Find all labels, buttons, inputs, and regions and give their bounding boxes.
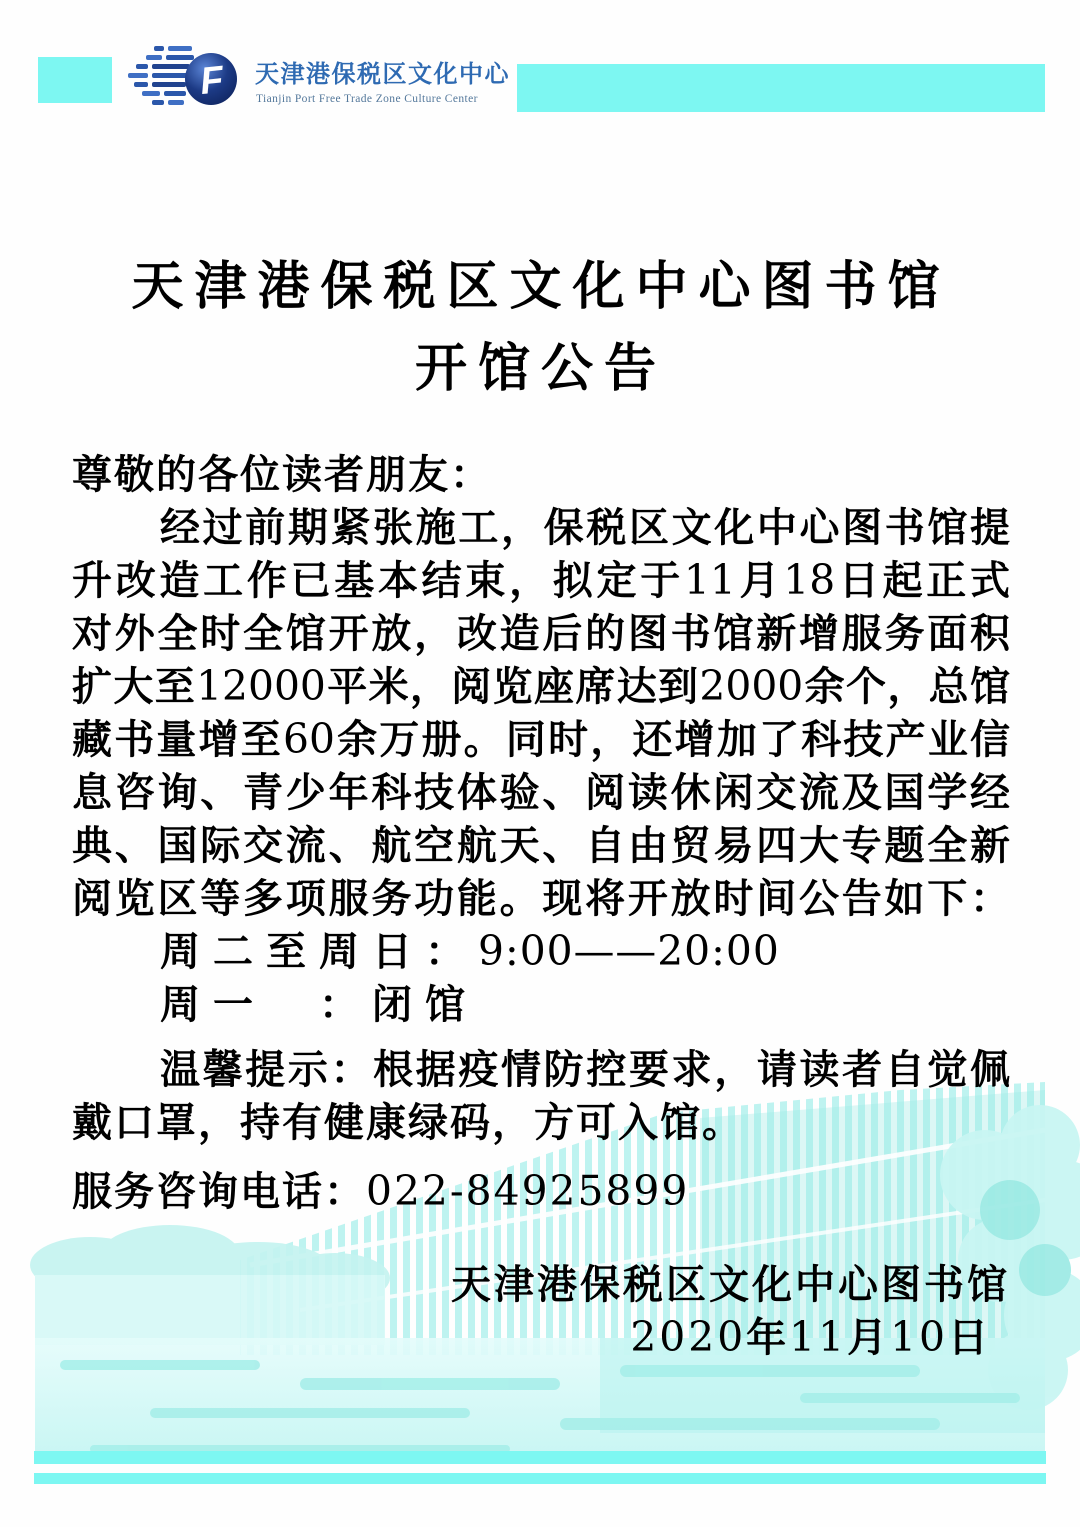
notice-tip: 温馨提示：根据疫情防控要求，请读者自觉佩戴口罩，持有健康绿码，方可入馆。 [72, 1043, 1010, 1149]
salutation-line: 尊敬的各位读者朋友： [72, 448, 1010, 501]
phone-info: 服务咨询电话：022-84925899 [72, 1165, 1010, 1218]
footer-stripe-top [34, 1451, 1046, 1464]
phone-line: 服务咨询电话：022-84925899 [72, 1165, 1010, 1218]
announcement-document: 天津港保税区文化中心图书馆 开馆公告 尊敬的各位读者朋友：经过前期紧张施工，保税… [72, 0, 1010, 1364]
opening-hours-line: 周二至周日：9:00——20:00 [72, 925, 1010, 978]
announcement-page: F 天津港保税区文化中心 Tianjin Port Free Trade Zon… [0, 0, 1080, 1527]
closed-day-line: 周一 ：闭馆 [72, 978, 1010, 1031]
text-line: 升改造工作已基本结束，拟定于11月18日起正式 [72, 554, 1010, 607]
signature-block: 天津港保税区文化中心图书馆2020年11月10日 [72, 1258, 1010, 1364]
text-line: 典、国际交流、航空航天、自由贸易四大专题全新 [72, 819, 1010, 872]
footer-stripe-bottom [34, 1473, 1046, 1484]
announcement-body: 尊敬的各位读者朋友：经过前期紧张施工，保税区文化中心图书馆提升改造工作已基本结束… [72, 448, 1010, 1031]
text-line: 藏书量增至60余万册。同时，还增加了科技产业信 [72, 713, 1010, 766]
text-line: 扩大至12000平米，阅览座席达到2000余个，总馆 [72, 660, 1010, 713]
signature-line: 天津港保税区文化中心图书馆 [72, 1258, 1010, 1311]
text-line: 温馨提示：根据疫情防控要求，请读者自觉佩 [72, 1043, 1010, 1096]
text-line: 经过前期紧张施工，保税区文化中心图书馆提 [72, 501, 1010, 554]
text-line: 阅览区等多项服务功能。现将开放时间公告如下： [72, 872, 1010, 925]
page-title: 天津港保税区文化中心图书馆 开馆公告 [72, 246, 1010, 410]
page-title-line2: 开馆公告 [72, 328, 1010, 410]
text-line: 对外全时全馆开放，改造后的图书馆新增服务面积 [72, 607, 1010, 660]
date-line: 2020年11月10日 [72, 1311, 1010, 1364]
page-title-line1: 天津港保税区文化中心图书馆 [72, 246, 1010, 328]
text-line: 息咨询、青少年科技体验、阅读休闲交流及国学经 [72, 766, 1010, 819]
text-line: 戴口罩，持有健康绿码，方可入馆。 [72, 1096, 1010, 1149]
